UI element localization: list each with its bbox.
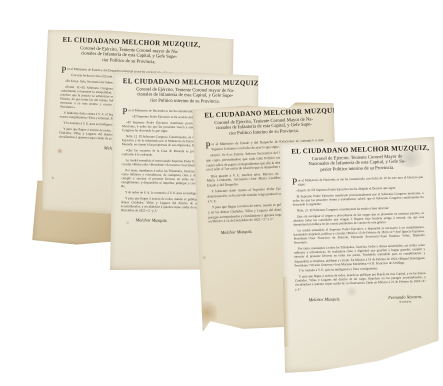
foxing-stain	[56, 148, 63, 153]
broadside-2-header: EL CIUDADANO MELCHOR MUZQUIZ, Coronel de…	[122, 77, 247, 105]
body-paragraph: Y para que llegue á noticia de todos, ma…	[295, 271, 426, 291]
body-paragraph: Por tanto, mandamos á todos los Tribunal…	[294, 243, 426, 267]
broadside-3-signature-melchor-muzquiz: Melchor Muzquiz.	[221, 229, 253, 235]
broadside-1-header: EL CIUDADANO MELCHOR MUZQUIZ, Coronel de…	[62, 36, 197, 67]
broadside-4: EL CIUDADANO MELCHOR MUZQUIZ, Coronel de…	[278, 137, 441, 373]
photo-of-broadsides: EL CIUDADANO MELCHOR MUZQUIZ, Coronel de…	[0, 0, 443, 386]
foxing-stain	[202, 256, 207, 260]
body-paragraph: Lo tendrá entendido el Supremo Poder Eje…	[293, 225, 424, 245]
broadside-4-signature-fernando-navarro: Fernando Navarro, Secretario.	[388, 294, 422, 304]
broadside-2-title: EL CIUDADANO MELCHOR MUZQUIZ,	[123, 77, 248, 87]
broadside-4-header: EL CIUDADANO MELCHOR MUZQUIZ, Coronel de…	[291, 144, 423, 174]
broadside-4-body-text: Por el Ministerio de Hacienda se me ha c…	[292, 175, 426, 291]
broadside-4-signature-melchor-muzquiz: Melchor Muzquiz.	[308, 296, 340, 302]
tan-edge-stain	[196, 297, 217, 328]
red-ink-spot	[51, 176, 54, 179]
broadside-3-header: EL CIUDADANO MELCHOR MUZQUIZ, Coronel de…	[204, 107, 323, 138]
